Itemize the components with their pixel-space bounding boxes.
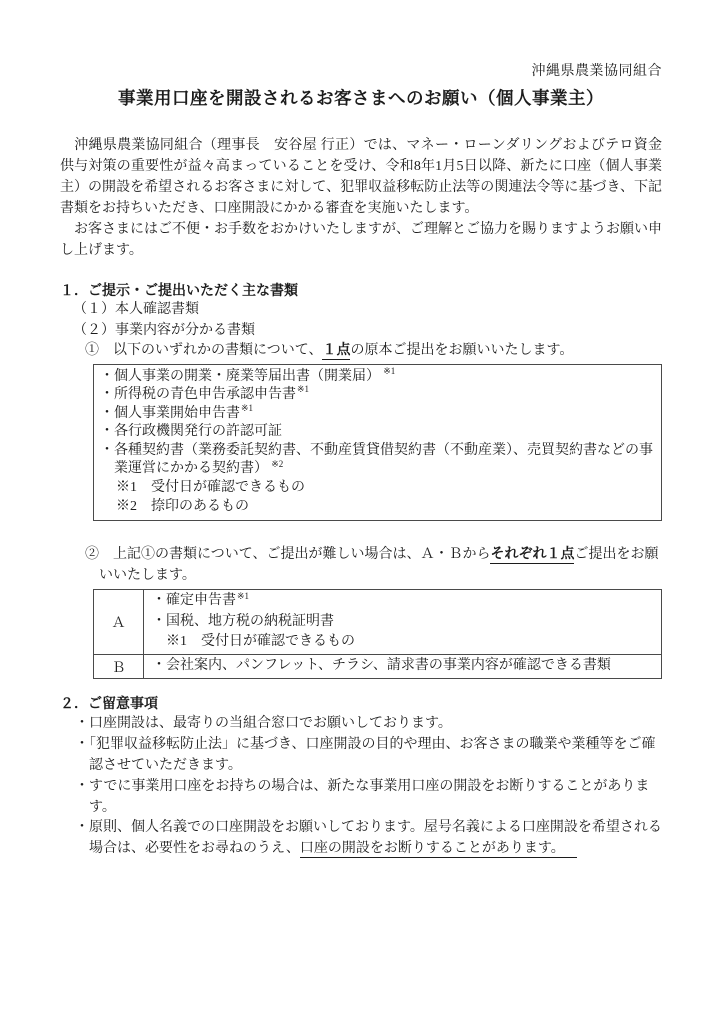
section1-sub2-line: ② 上記①の書類について、ご提出が難しい場合は、Ａ・Ｂからそれぞれ１点ご提出をお… [60,545,662,586]
note-item: ・原則、個人名義での口座開設をお願いしております。屋号名義による口座開設を希望さ… [60,818,662,860]
table-line-text: ・会社案内、パンフレット、チラシ、請求書の事業内容が確認できる書類 [152,658,611,673]
section2-heading: ２．ご留意事項 [60,694,662,713]
table-line: ・確定申告書※1 [152,591,655,611]
table-line-text: ※1 受付日が確認できるもの [166,634,355,649]
intro-paragraph-2: お客さまにはご不便・お手数をおかけいたしますが、ご理解とご協力を賜りますようお願… [60,219,662,261]
box-item: ・個人事業の開業・廃業等届出書（開業届） ※1 [100,368,655,387]
document-content: 沖縄県農業協同組合 事業用口座を開設されるお客さまへのお願い（個人事業主） 沖縄… [60,0,662,860]
box-item-text: ・個人事業の開業・廃業等届出書（開業届） [100,369,380,384]
footnote-ref: ※1 [241,403,253,413]
organization-name: 沖縄県農業協同組合 [60,64,662,80]
box-item: ・各行政機関発行の許認可証 [100,423,655,442]
row-b-content: ・会社案内、パンフレット、チラシ、請求書の事業内容が確認できる書類 [144,655,662,679]
table-line-text: ・確定申告書 [152,593,236,608]
table-row-a: Ａ ・確定申告書※1 ・国税、地方税の納税証明書 ※1 受付日が確認できるもの [94,590,662,655]
document-title: 事業用口座を開設されるお客さまへのお願い（個人事業主） [60,88,662,109]
section1-heading: １．ご提示・ご提出いただく主な書類 [60,281,662,300]
footnote-ref: ※1 [237,591,249,601]
table-line: ・国税、地方税の納税証明書 [152,612,655,632]
note-item: ・口座開設は、最寄りの当組合窓口でお願いしております。 [60,714,662,735]
box-item: ・各種契約書（業務委託契約書、不動産賃貸借契約書（不動産業）、売買契約書などの事… [100,442,655,479]
box-footnote-1: ※1 受付日が確認できるもの [100,479,655,498]
note-text: ・「犯罪収益移転防止法」に基づき、口座開設の目的や理由、お客さまの職業や業種等を… [75,737,655,773]
section1-sub1-line: ① 以下のいずれかの書類について、１点の原本ご提出をお願いいたします。 [60,341,662,362]
table-line: ・会社案内、パンフレット、チラシ、請求書の事業内容が確認できる書類 [152,656,655,676]
box-item-text: ・各種契約書（業務委託契約書、不動産賃貸借契約書（不動産業）、売買契約書などの事… [100,443,653,477]
row-a-content: ・確定申告書※1 ・国税、地方税の納税証明書 ※1 受付日が確認できるもの [144,590,662,655]
footnote-ref: ※2 [269,459,283,469]
sub2-prefix: ② 上記①の書類について、ご提出が難しい場合は、Ａ・Ｂから [85,547,490,562]
footnote-ref: ※1 [297,384,309,394]
intro-paragraph-1: 沖縄県農業協同組合（理事長 安谷屋 行正）では、マネー・ローンダリングおよびテロ… [60,135,662,219]
note-item: ・「犯罪収益移転防止法」に基づき、口座開設の目的や理由、お客さまの職業や業種等を… [60,735,662,777]
sub1-suffix: の原本ご提出をお願いいたします。 [350,343,573,358]
document-examples-box: ・個人事業の開業・廃業等届出書（開業届） ※1 ・所得税の青色申告承認申告書※1… [93,364,662,522]
table-footnote: ※1 受付日が確認できるもの [152,632,655,652]
sub1-prefix: ① 以下のいずれかの書類について、 [85,343,322,358]
section2-notes: ・口座開設は、最寄りの当組合窓口でお願いしております。 ・「犯罪収益移転防止法」… [60,714,662,860]
row-a-label: Ａ [94,590,144,655]
box-item: ・所得税の青色申告承認申告書※1 [100,386,655,405]
section1-item-business-docs: （２）事業内容が分かる書類 [60,321,662,342]
note-item: ・すでに事業用口座をお持ちの場合は、新たな事業用口座の開設をお断りすることがあり… [60,777,662,819]
box-item-text: ・各行政機関発行の許認可証 [100,424,282,439]
box-item: ・個人事業開始申告書※1 [100,405,655,424]
sub1-emphasis: １点 [322,343,350,360]
section1-item-identity-docs: （１）本人確認書類 [60,300,662,321]
table-row-b: Ｂ ・会社案内、パンフレット、チラシ、請求書の事業内容が確認できる書類 [94,655,662,679]
table-line-text: ・国税、地方税の納税証明書 [152,614,334,629]
note-text: ・口座開設は、最寄りの当組合窓口でお願いしております。 [75,716,452,731]
ab-documents-table: Ａ ・確定申告書※1 ・国税、地方税の納税証明書 ※1 受付日が確認できるもの … [93,589,662,679]
note-text: ・すでに事業用口座をお持ちの場合は、新たな事業用口座の開設をお断りすることがあり… [75,779,649,815]
box-footnote-2: ※2 捺印のあるもの [100,498,655,517]
box-item-text: ・個人事業開始申告書 [100,406,240,421]
footnote-ref: ※1 [381,366,395,376]
box-item-text: ・所得税の青色申告承認申告書 [100,387,296,402]
note-underlined-text: 口座の開設をお断りすることがあります。 [300,841,577,858]
row-b-label: Ｂ [94,655,144,679]
document-page: 沖縄県農業協同組合 事業用口座を開設されるお客さまへのお願い（個人事業主） 沖縄… [0,0,724,1024]
sub2-emphasis: それぞれ１点 [490,547,574,564]
